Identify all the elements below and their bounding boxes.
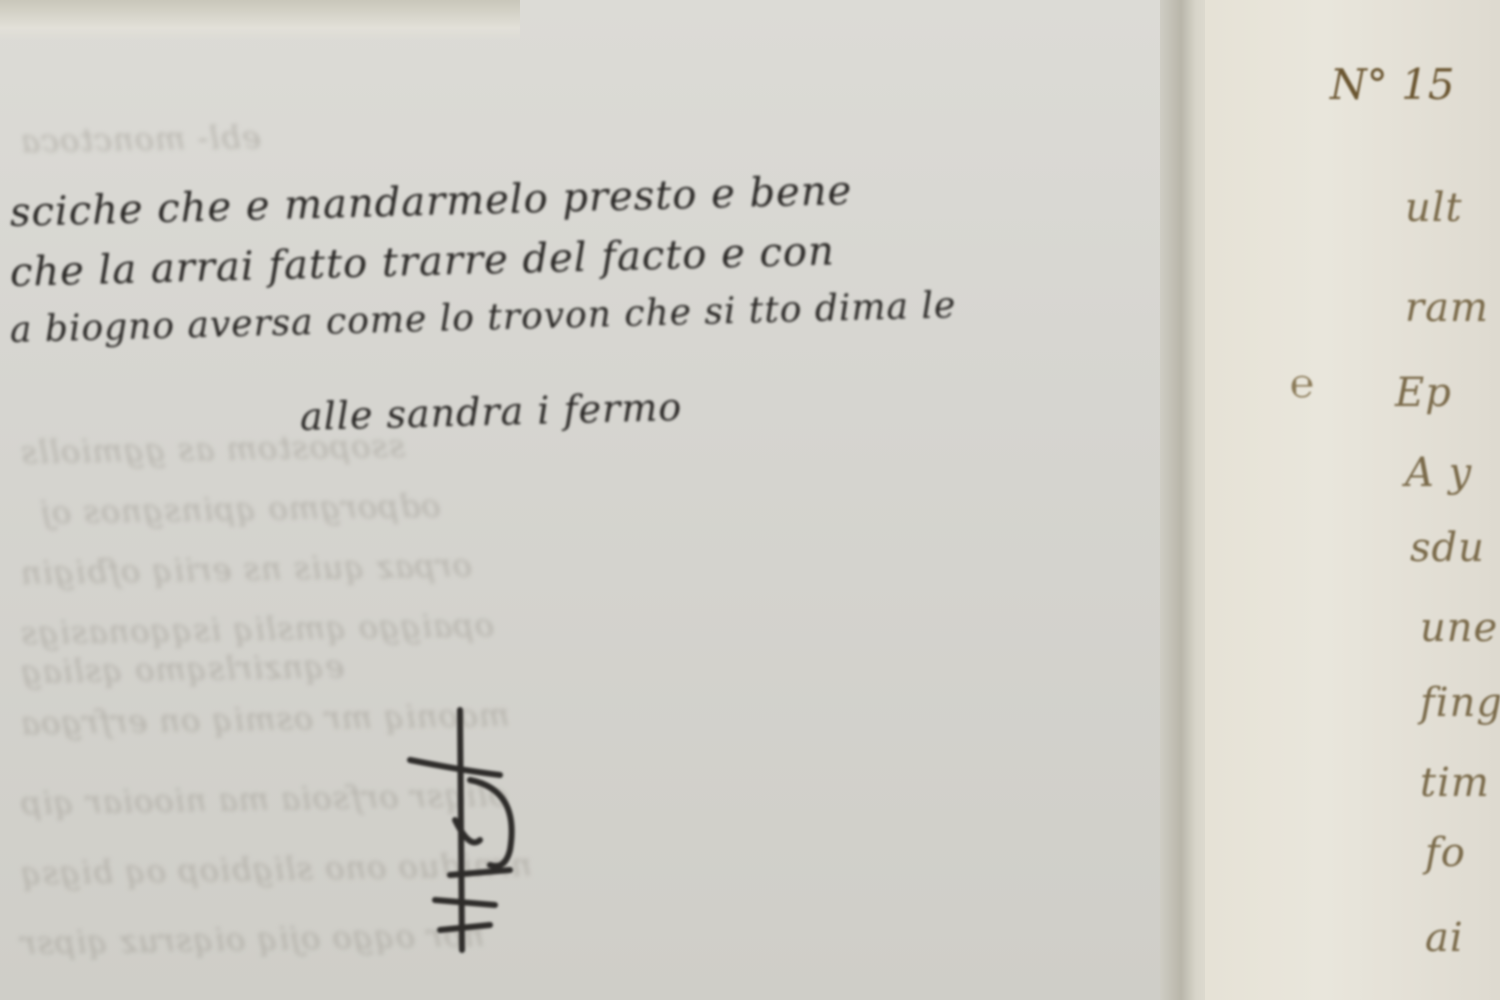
manuscript-line-2: che la arrai fatto trarre del facto e co… <box>9 228 835 296</box>
bleed-line: eqnzirlsqmo qsliag <box>20 647 345 691</box>
page-top-edge <box>0 0 520 40</box>
bleed-line: orpaz quis ns eriiq ofbigin <box>20 546 472 592</box>
bleed-line: opaiggo qmsliq isqqonasigs <box>20 606 495 652</box>
right-page-fragment: ai <box>1425 915 1464 961</box>
right-page-fragment: Ep <box>1395 370 1452 416</box>
right-page-fragment: fing <box>1420 680 1500 726</box>
bleed-line: ebl- monctoca <box>20 118 262 160</box>
manuscript-line-1: sciche che e mandarmelo presto e bene <box>9 168 852 236</box>
signature-monogram-icon <box>400 700 530 970</box>
manuscript-line-3: a biogno aversa come lo trovon che si tt… <box>9 285 956 351</box>
manuscript-line-4: alle sandra i fermo <box>299 385 682 439</box>
right-page-fragment: ult <box>1405 185 1463 231</box>
right-page-fragment: ram <box>1405 285 1489 331</box>
folio-number: N° 15 <box>1330 60 1455 109</box>
right-page-fragment: sdu <box>1410 525 1485 571</box>
bleed-line: odporgmo qpinsgnos oj <box>40 487 441 532</box>
right-page-fragment: tim <box>1420 760 1490 806</box>
right-page-fragment: A y <box>1405 450 1472 496</box>
left-page: ebl- monctoca ssopostom as ggmiolls odpo… <box>0 0 1180 1000</box>
right-page-fragment: fo <box>1425 830 1466 876</box>
right-page-fragment: une <box>1420 605 1498 651</box>
marginal-mark: ℮ <box>1290 360 1314 407</box>
